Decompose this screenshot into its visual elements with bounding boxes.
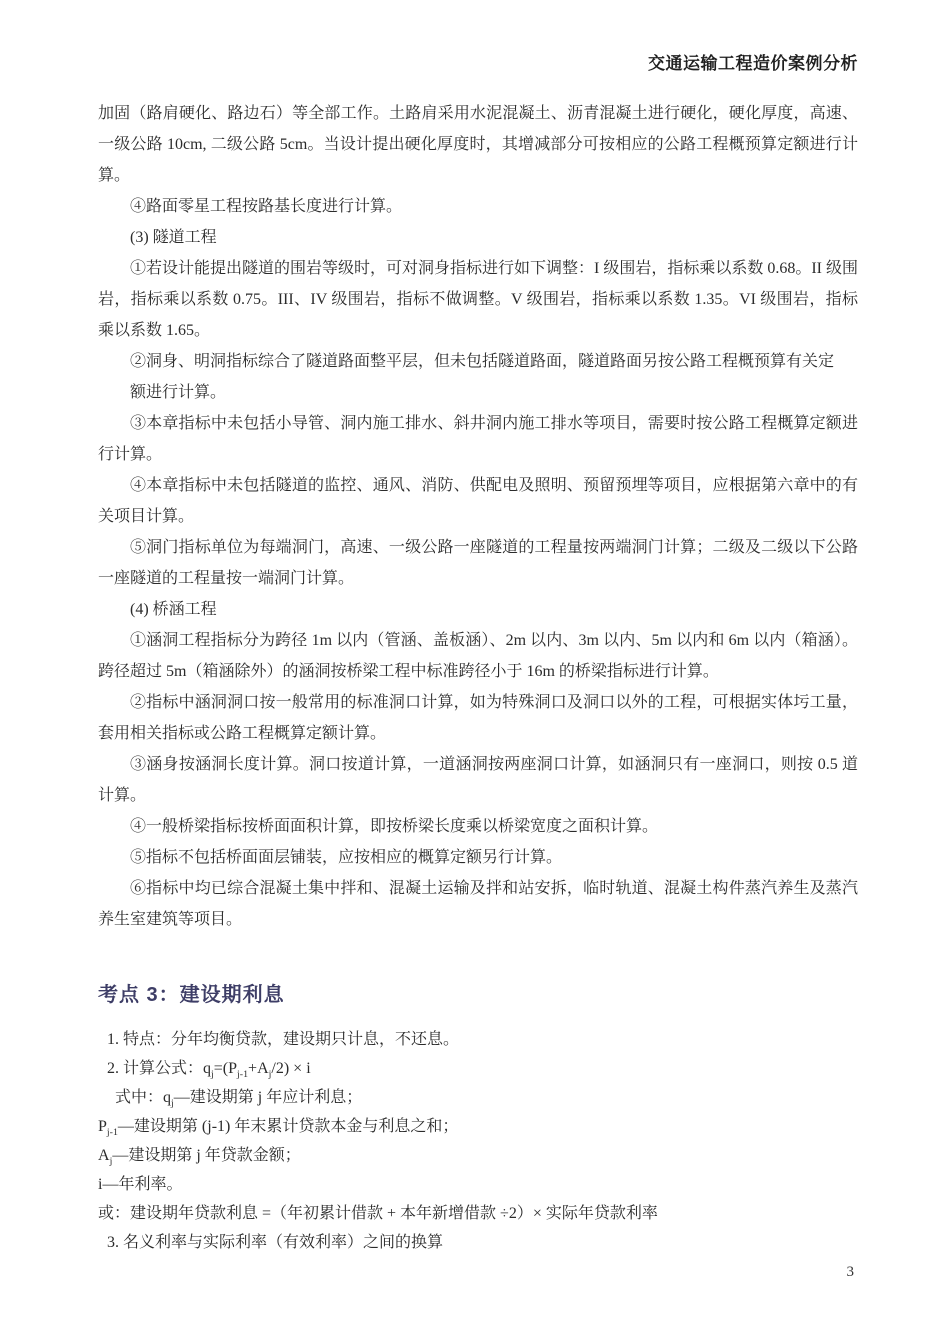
paragraph: ④一般桥梁指标按桥面面积计算，即按桥梁长度乘以桥梁宽度之面积计算。: [98, 811, 858, 842]
paragraph: ④本章指标中未包括隧道的监控、通风、消防、供配电及照明、预留预埋等项目，应根据第…: [98, 470, 858, 532]
paragraph: ①若设计能提出隧道的围岩等级时，可对洞身指标进行如下调整：I 级围岩，指标乘以系…: [98, 253, 858, 346]
paragraph: ③本章指标中未包括小导管、洞内施工排水、斜井洞内施工排水等项目，需要时按公路工程…: [98, 408, 858, 470]
paragraph: 额进行计算。: [98, 377, 858, 408]
paragraph: (3) 隧道工程: [98, 222, 858, 253]
topic-line: i—年利率。: [98, 1170, 858, 1199]
topic-line: 1. 特点：分年均衡贷款，建设期只计息，不还息。: [98, 1025, 858, 1054]
paragraph: ⑤洞门指标单位为每端洞门，高速、一级公路一座隧道的工程量按两端洞门计算；二级及二…: [98, 532, 858, 594]
paragraph: 加固（路肩硬化、路边石）等全部工作。土路肩采用水泥混凝土、沥青混凝土进行硬化，硬…: [98, 98, 858, 191]
body-text: 加固（路肩硬化、路边石）等全部工作。土路肩采用水泥混凝土、沥青混凝土进行硬化，硬…: [98, 98, 858, 935]
document-page: 交通运输工程造价案例分析 加固（路肩硬化、路边石）等全部工作。土路肩采用水泥混凝…: [0, 0, 950, 1333]
paragraph: ④路面零星工程按路基长度进行计算。: [98, 191, 858, 222]
topic-line: 式中：qj—建设期第 j 年应计利息；: [98, 1083, 858, 1112]
topic-line: Aj—建设期第 j 年贷款金额；: [98, 1141, 858, 1170]
paragraph: ①涵洞工程指标分为跨径 1m 以内（管涵、盖板涵）、2m 以内、3m 以内、5m…: [98, 625, 858, 687]
paragraph: ②洞身、明洞指标综合了隧道路面整平层，但未包括隧道路面，隧道路面另按公路工程概预…: [98, 346, 858, 377]
topic-line: 2. 计算公式：qj=(Pj-1+Aj/2) × i: [98, 1054, 858, 1083]
topic-line: 3. 名义利率与实际利率（有效利率）之间的换算: [98, 1228, 858, 1257]
running-header: 交通运输工程造价案例分析: [98, 52, 858, 76]
topic-section: 考点 3：建设期利息 1. 特点：分年均衡贷款，建设期只计息，不还息。2. 计算…: [98, 981, 858, 1257]
topic-line: 或：建设期年贷款利息 =（年初累计借款 + 本年新增借款 ÷2）× 实际年贷款利…: [98, 1199, 858, 1228]
topic-lines: 1. 特点：分年均衡贷款，建设期只计息，不还息。2. 计算公式：qj=(Pj-1…: [98, 1025, 858, 1257]
paragraph: ⑤指标不包括桥面面层铺装，应按相应的概算定额另行计算。: [98, 842, 858, 873]
paragraph: ③涵身按涵洞长度计算。洞口按道计算，一道涵洞按两座洞口计算，如涵洞只有一座洞口，…: [98, 749, 858, 811]
paragraph: (4) 桥涵工程: [98, 594, 858, 625]
page-number: 3: [847, 1264, 855, 1281]
topic-line: Pj-1—建设期第 (j-1) 年末累计贷款本金与利息之和；: [98, 1112, 858, 1141]
section-heading: 考点 3：建设期利息: [98, 981, 858, 1009]
paragraph: ②指标中涵洞洞口按一般常用的标准洞口计算，如为特殊洞口及洞口以外的工程，可根据实…: [98, 687, 858, 749]
paragraph: ⑥指标中均已综合混凝土集中拌和、混凝土运输及拌和站安拆，临时轨道、混凝土构件蒸汽…: [98, 873, 858, 935]
